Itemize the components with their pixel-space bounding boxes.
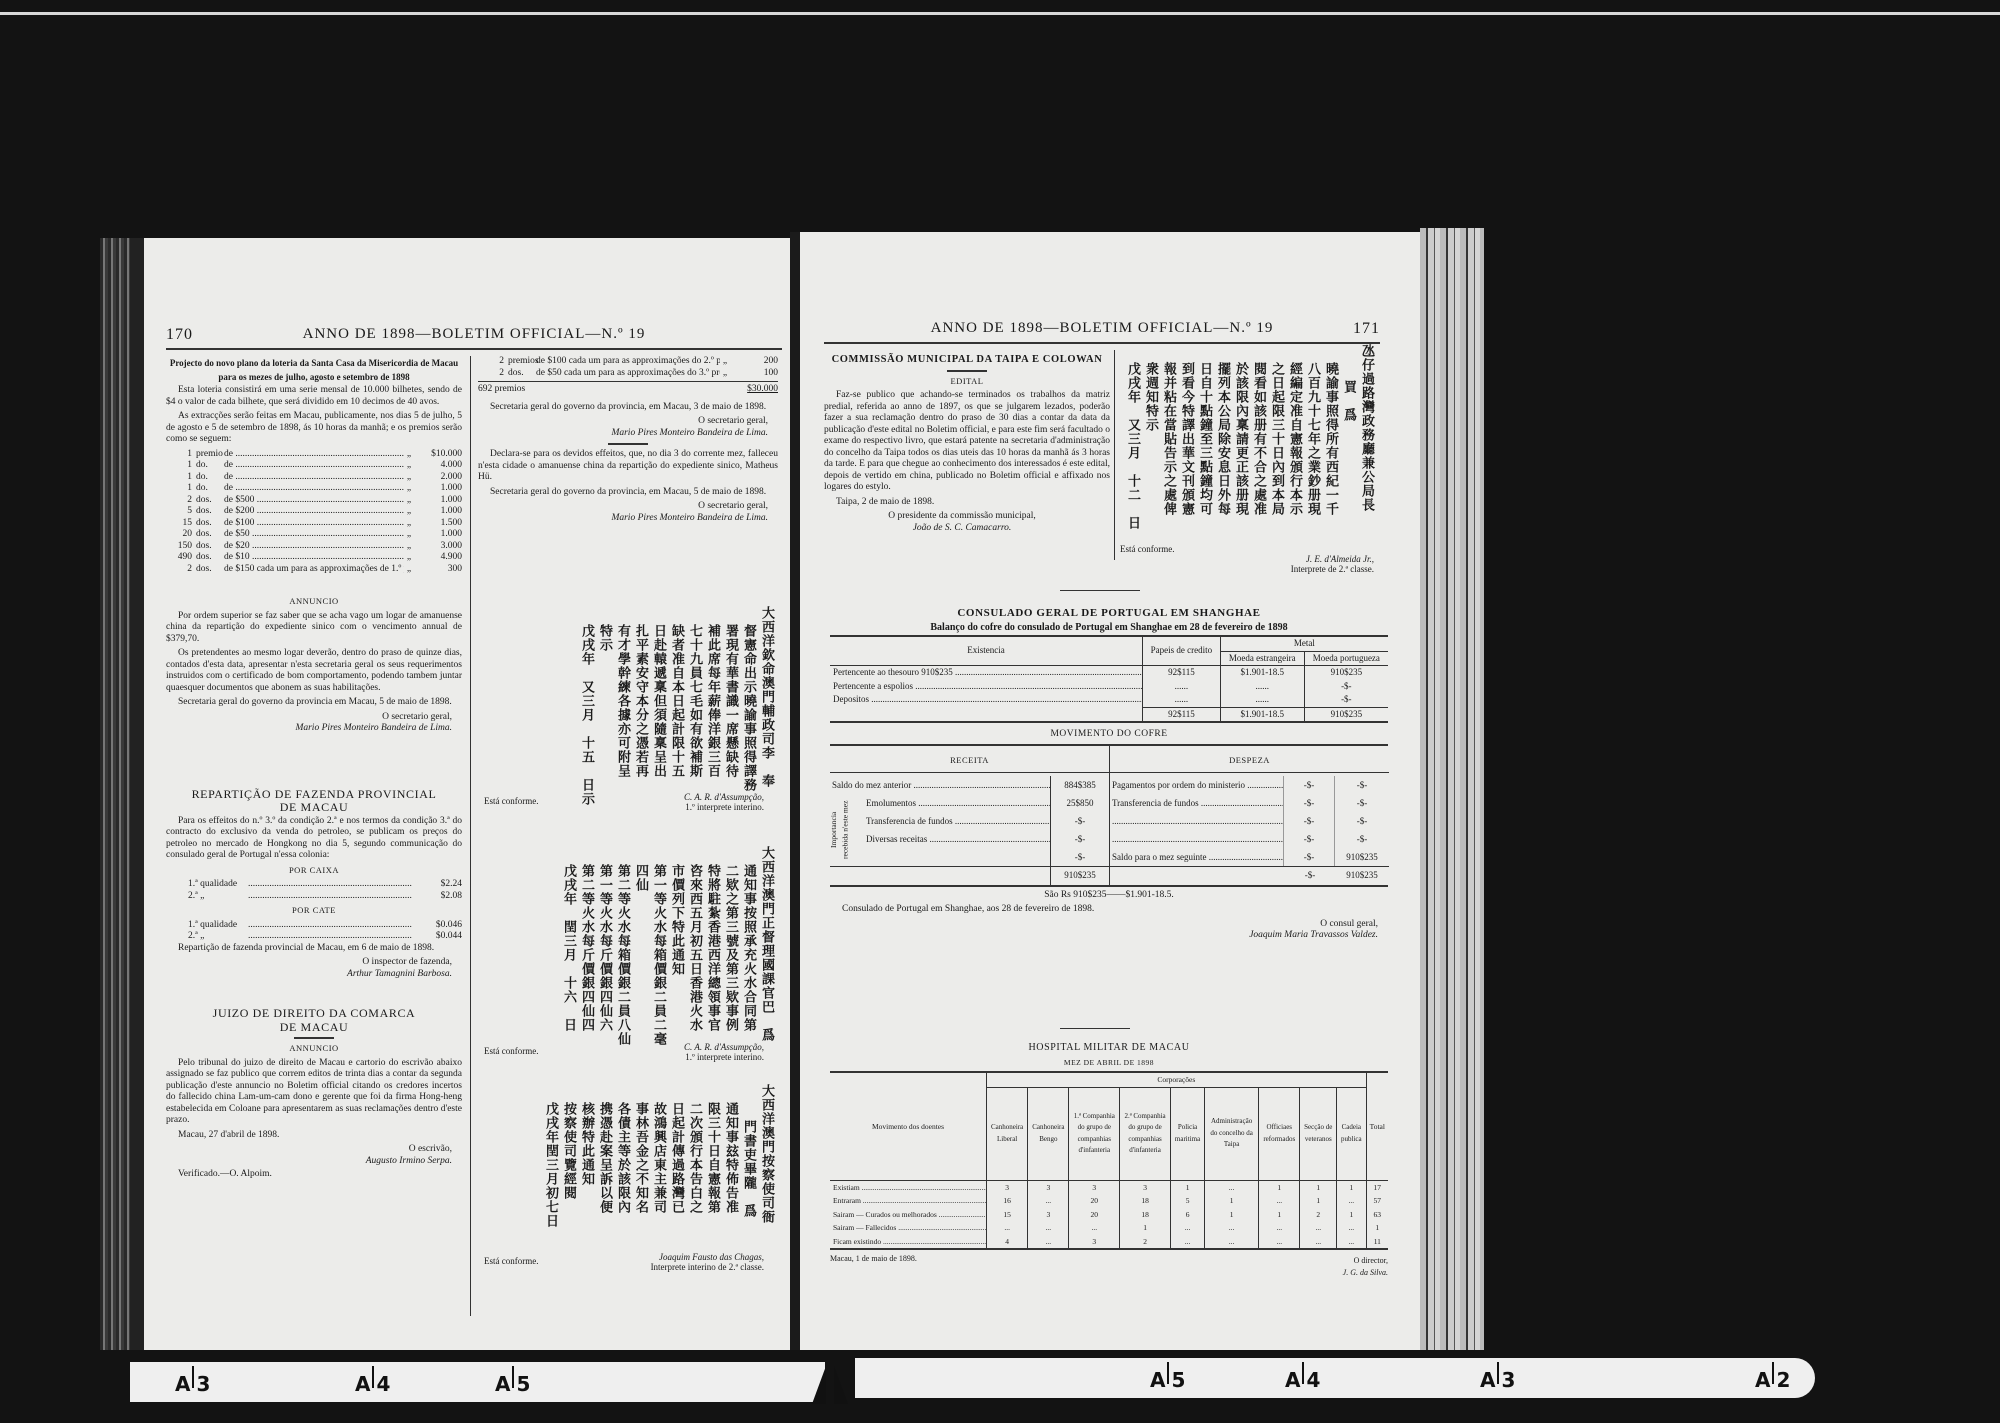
ditto-mark: „: [404, 495, 414, 507]
despeza-value-1: -$-: [1283, 794, 1334, 812]
hospital-row-label: Entraram: [830, 1194, 987, 1208]
receita-section: RECEITA Saldo do mez anterior884$385Emol…: [830, 746, 1110, 885]
balance-estrangeira: $1.901-18.5: [1220, 666, 1304, 680]
hospital-cell: 1: [1366, 1221, 1388, 1235]
divider: [608, 443, 648, 445]
price-label: 2.ª „: [188, 931, 248, 943]
col-existencia: Existencia: [830, 636, 1142, 666]
chinese-column: 日起計傳過路灣已: [669, 1084, 684, 1228]
despeza-row: Transferencia de fundos-$--$-: [1110, 794, 1389, 812]
signer-name: Augusto Irmino Serpa.: [166, 1156, 452, 1168]
chinese-column: 故鴻興店東主兼司: [651, 1084, 666, 1228]
hospital-cell: ...: [1069, 1221, 1120, 1235]
receita-row: Emolumentos25$850: [830, 794, 1109, 812]
hospital-row-label: Existiam: [830, 1180, 987, 1194]
mark-letter: A: [1480, 1368, 1495, 1392]
signer-role: O consul geral,: [830, 919, 1378, 931]
hospital-cell: ...: [1205, 1221, 1259, 1235]
despeza-value-2: -$-: [1334, 776, 1389, 794]
col-corporacao: Cadeia publica: [1337, 1087, 1367, 1180]
despeza-label: [1110, 812, 1283, 830]
price-label: 1.ª qualidade: [188, 879, 248, 891]
mark-bar: [1167, 1362, 1169, 1384]
despeza-value-1: -$-: [1283, 830, 1334, 848]
prize-unit: premios: [508, 356, 536, 368]
hospital-cell: ...: [1170, 1235, 1204, 1250]
prize-desc: de: [224, 449, 404, 461]
cate-prices: 1.ª qualidade$0.0462.ª „$0.044: [166, 920, 462, 943]
scanner-mark: A2: [1755, 1368, 1790, 1392]
despeza-label: Transferencia de fundos: [1110, 794, 1283, 812]
hospital-subheading: MEZ DE ABRIL DE 1898: [830, 1057, 1388, 1069]
chinese-date: 戊戌年閏三月初七日: [543, 1084, 558, 1228]
chinese-petroleum-notice: 大西洋澳門正督理國課官巴 爲通知事按照承充火水合同第二欵之第三號及第三欵事例特將…: [484, 846, 774, 1066]
fold-marker-right: [834, 1366, 848, 1404]
chinese-column: 經編定准自憲報頒行本示: [1287, 344, 1302, 530]
chinese-column: 氹仔過路灣政務廳兼公局長: [1359, 344, 1374, 530]
annuncio-vacancy: ANNUNCIO Por ordem superior se faz saber…: [166, 596, 462, 735]
translator-role: 1.º interprete interino.: [684, 1052, 764, 1062]
hospital-heading: HOSPITAL MILITAR DE MACAU: [830, 1042, 1388, 1054]
chinese-column: 門書吏畢隴 爲: [741, 1084, 756, 1228]
fazenda-heading-2: DE MACAU: [166, 802, 462, 814]
mark-letter: A: [1755, 1368, 1770, 1392]
despeza-total-2: 910$235: [1335, 867, 1389, 885]
balance-portugueza: -$-: [1304, 680, 1388, 694]
receita-label: Transferencia de fundos: [830, 812, 1050, 830]
receita-value: -$-: [1050, 812, 1109, 830]
prize-row: 490dos.de $10„4.900: [166, 552, 462, 564]
conformity-note: Está conforme.: [1120, 544, 1174, 554]
mark-letter: A: [1150, 1368, 1165, 1392]
receita-row: Transferencia de fundos-$-: [830, 812, 1109, 830]
chinese-column: 有才學幹練各據亦可附呈: [615, 606, 630, 806]
hospital-row: Existiam33331...11117: [830, 1180, 1388, 1194]
prize-qty: 20: [166, 529, 196, 541]
chinese-column: 第二等火水每箱價銀二員八仙: [615, 846, 630, 1046]
translator-name: C. A. R. d'Assumpção,: [684, 792, 764, 802]
col-corporacao: 1.ª Companhia do grupo de companhias d'i…: [1069, 1087, 1120, 1180]
col-corporacoes: Corporações: [987, 1072, 1367, 1087]
scan-border-line: [0, 12, 2000, 15]
hospital-cell: ...: [1170, 1221, 1204, 1235]
mark-bar: [1772, 1362, 1774, 1384]
chinese-column: 到看今特譯出華文刊頒憲: [1179, 344, 1194, 530]
despeza-value-1: -$-: [1283, 776, 1334, 794]
page-171: ANNO DE 1898—BOLETIM OFFICIAL—N.º 19 171…: [800, 232, 1420, 1350]
prize-value: 2.000: [414, 472, 462, 484]
prize-desc: de $500: [224, 495, 404, 507]
ditto-mark: „: [404, 460, 414, 472]
prize-desc: de $150 cada um para as approximações de…: [224, 564, 404, 576]
consulate-summary: São Rs 910$235——$1.901-18.5.: [830, 890, 1388, 902]
mark-number: 2: [1776, 1368, 1790, 1392]
hospital-row: Sairam — Curados ou melhorados1532018611…: [830, 1208, 1388, 1222]
receita-label: Emolumentos: [830, 794, 1050, 812]
page-170: 170 ANNO DE 1898—BOLETIM OFFICIAL—N.º 19…: [130, 238, 804, 1350]
chinese-court-notice: 大西洋澳門按察使司衙門書吏畢隴 爲通知事玆特佈告准限三十日自憲報第二次頒行本告白…: [484, 1084, 774, 1284]
hospital-cell: ...: [1337, 1221, 1367, 1235]
hospital-cell: 57: [1366, 1194, 1388, 1208]
prize-row: 150dos.de $20„3.000: [166, 541, 462, 553]
col-estrangeira: Moeda estrangeira: [1220, 651, 1304, 666]
despeza-row: Saldo para o mez seguinte-$-910$235: [1110, 848, 1389, 866]
hospital-cell: 17: [1366, 1180, 1388, 1194]
col-papeis: Papeis de credito: [1142, 636, 1220, 666]
balance-portugueza: -$-: [1304, 693, 1388, 707]
translator-role: Interprete de 2.ª classe.: [1291, 564, 1374, 574]
chinese-column: 缺者准自本日起計限十五: [669, 606, 684, 806]
hospital-cell: ...: [987, 1221, 1028, 1235]
chinese-column: 通知事玆特佈告准: [723, 1084, 738, 1228]
price-leader: [248, 879, 412, 891]
prize-unit: dos.: [196, 564, 224, 576]
balance-papeis: 92$115: [1142, 666, 1220, 680]
ditto-mark: „: [404, 483, 414, 495]
scanner-mark: A3: [175, 1372, 210, 1396]
prize-value: 3.000: [414, 541, 462, 553]
scanner-strip-left: [130, 1362, 825, 1402]
chinese-column: 扎平素安守本分之憑若再: [633, 606, 648, 806]
juizo-heading-2: DE MACAU: [166, 1022, 462, 1034]
balance-estrangeira: ......: [1220, 693, 1304, 707]
divider: [1060, 590, 1140, 591]
chinese-column: 日赴轅遞稟但須隨稟呈出: [651, 606, 666, 806]
left-page-edge: [100, 238, 130, 1350]
col-metal: Metal: [1220, 636, 1388, 651]
chinese-column: 之日起限三十日內到本局: [1269, 344, 1284, 530]
chinese-column: 二欵之第三號及第三欵事例: [723, 846, 738, 1046]
prize-qty: 1: [166, 449, 196, 461]
chinese-date: 戊戌年 閏三月 十六 日: [561, 846, 576, 1046]
receita-value: -$-: [1050, 830, 1109, 848]
hospital-cell: 1: [1300, 1180, 1337, 1194]
taipa-edital: COMMISSÃO MUNICIPAL DA TAIPA E COLOWAN E…: [824, 350, 1110, 536]
hospital-cell: 1: [1205, 1194, 1259, 1208]
annuncio-paragraph: Por ordem superior se faz saber que se a…: [166, 611, 462, 646]
prize-unit: dos.: [196, 541, 224, 553]
hospital-row-label: Sairam — Fallecidos: [830, 1221, 987, 1235]
hospital-cell: 11: [1366, 1235, 1388, 1250]
mark-letter: A: [355, 1372, 370, 1396]
receita-row: Saldo do mez anterior884$385: [830, 776, 1109, 794]
hospital-cell: 20: [1069, 1208, 1120, 1222]
despeza-value-2: 910$235: [1334, 848, 1389, 866]
hospital-cell: 6: [1170, 1208, 1204, 1222]
mark-letter: A: [175, 1372, 190, 1396]
chinese-column: 限三十日自憲報第: [705, 1084, 720, 1228]
prize-desc: de $200: [224, 506, 404, 518]
price-row: 1.ª qualidade$0.046: [166, 920, 462, 932]
signer-role: O inspector de fazenda,: [166, 957, 452, 969]
prize-qty: 490: [166, 552, 196, 564]
receita-value: 884$385: [1050, 776, 1109, 794]
scanner-mark: A5: [1150, 1368, 1185, 1392]
prize-desc: de: [224, 472, 404, 484]
despeza-label: Pagamentos por ordem do ministerio: [1110, 776, 1283, 794]
prize-total-label: 692 premios: [478, 384, 525, 396]
edital-date: Taipa, 2 de maio de 1898.: [824, 497, 1110, 509]
col-portugueza: Moeda portugueza: [1304, 651, 1388, 666]
scanner-mark: A4: [1285, 1368, 1320, 1392]
prize-value: 100: [730, 368, 778, 380]
prize-row: 1premiode„$10.000: [166, 449, 462, 461]
book-gutter: [790, 232, 800, 1350]
hospital-cell: 3: [1028, 1180, 1069, 1194]
receita-label: [830, 848, 1050, 866]
hospital-cell: 20: [1069, 1194, 1120, 1208]
hospital-cell: 18: [1120, 1194, 1171, 1208]
despeza-row: Pagamentos por ordem do ministerio-$--$-: [1110, 776, 1389, 794]
prize-value: 1.500: [414, 518, 462, 530]
scanner-mark: A3: [1480, 1368, 1515, 1392]
chinese-column: 咨來西五月初五日香港火水: [687, 846, 702, 1046]
chinese-column: 大西洋澳門按察使司衙: [759, 1084, 774, 1228]
consulate-balance: CONSULADO GERAL DE PORTUGAL EM SHANGHAE …: [830, 604, 1388, 944]
hospital-cell: 3: [1028, 1208, 1069, 1222]
hospital-cell: 18: [1120, 1208, 1171, 1222]
chinese-column: 曉諭事照得所有西紀一千: [1323, 344, 1338, 530]
prize-row: 20dos.de $50„1.000: [166, 529, 462, 541]
prize-unit: dos.: [196, 495, 224, 507]
balance-portugueza: 910$235: [1304, 666, 1388, 680]
chinese-column: 擺列本公局除安息日外每: [1215, 344, 1230, 530]
hospital-cell: ...: [1259, 1194, 1300, 1208]
col-corporacao: Officiaes reformados: [1259, 1087, 1300, 1180]
hospital-cell: 3: [1120, 1180, 1171, 1194]
hospital-cell: 1: [1170, 1180, 1204, 1194]
prize-value: 1.000: [414, 529, 462, 541]
hospital-cell: ...: [1028, 1194, 1069, 1208]
mark-letter: A: [495, 1372, 510, 1396]
ditto-mark: „: [404, 472, 414, 484]
consulate-subheading: Balanço do cofre do consulado de Portuga…: [830, 622, 1388, 634]
prize-row: 2premiosde $100 cada um para as approxim…: [478, 356, 778, 368]
prize-value: 4.000: [414, 460, 462, 472]
hospital-cell: 1: [1120, 1221, 1171, 1235]
hospital-row: Entraram16...201851...1...57: [830, 1194, 1388, 1208]
fazenda-heading: REPARTIÇÃO DE FAZENDA PROVINCIAL: [166, 789, 462, 801]
mark-number: 3: [1501, 1368, 1515, 1392]
prize-qty: 2: [478, 368, 508, 380]
mark-bar: [372, 1366, 374, 1388]
price-value: $0.044: [412, 931, 462, 943]
page-number: 171: [1353, 320, 1380, 338]
receita-value: -$-: [1050, 848, 1109, 866]
translator-role: 1.º interprete interino.: [684, 802, 764, 812]
prize-unit: do.: [196, 483, 224, 495]
signer-name: Joaquim Maria Travassos Valdez.: [830, 930, 1378, 942]
chinese-column: 於該限內稟請更正該册現: [1233, 344, 1248, 530]
prize-desc: de $10: [224, 552, 404, 564]
prize-unit: dos.: [196, 552, 224, 564]
price-value: $2.24: [412, 879, 462, 891]
divider: [1060, 1028, 1130, 1029]
section-por-caixa: POR CAIXA: [166, 865, 462, 877]
chinese-column: 大西洋澳門正督理國課官巴 爲: [759, 846, 774, 1046]
despeza-value-1: -$-: [1283, 812, 1334, 830]
chinese-column: 四仙: [633, 846, 648, 1046]
col-corporacao: Canhoneira Liberal: [987, 1087, 1028, 1180]
hospital-cell: 63: [1366, 1208, 1388, 1222]
mark-bar: [1302, 1362, 1304, 1384]
mark-number: 5: [516, 1372, 530, 1396]
prize-row: 1do.de„1.000: [166, 483, 462, 495]
despeza-value-2: -$-: [1334, 812, 1389, 830]
signer-role: O director,: [1354, 1256, 1388, 1265]
prize-list-continued: 2premiosde $100 cada um para as approxim…: [478, 356, 778, 379]
signer-name: João de S. C. Camacarro.: [824, 523, 1100, 535]
hospital-table: Movimento dos doentesCorporaçõesTotalCan…: [830, 1071, 1388, 1250]
caixa-prices: 1.ª qualidade$2.242.ª „$2.08: [166, 879, 462, 902]
mark-bar: [1497, 1362, 1499, 1384]
mark-number: 3: [196, 1372, 210, 1396]
prize-value: 1.000: [414, 506, 462, 518]
balance-estrangeira: ......: [1220, 680, 1304, 694]
ditto-mark: „: [720, 356, 730, 368]
despeza-total-1: -$-: [1285, 867, 1335, 885]
hospital-cell: 3: [987, 1180, 1028, 1194]
prize-row: 2dos.de $500„1.000: [166, 495, 462, 507]
hospital-cell: 1: [1300, 1194, 1337, 1208]
prize-qty: 1: [166, 460, 196, 472]
mark-bar: [192, 1366, 194, 1388]
ditto-mark: „: [404, 529, 414, 541]
balance-row: Pertencente ao thesouro 910$23592$115$1.…: [830, 666, 1388, 680]
price-row: 2.ª „$0.044: [166, 931, 462, 943]
hospital-footer: Macau, 1 de maio de 1898.: [830, 1253, 917, 1280]
hospital-cell: 2: [1300, 1208, 1337, 1222]
mark-number: 4: [1306, 1368, 1320, 1392]
receita-row: -$-: [830, 848, 1109, 866]
column-divider: [1114, 350, 1115, 560]
despeza-value-2: -$-: [1334, 794, 1389, 812]
receita-row: Diversas receitas-$-: [830, 830, 1109, 848]
ditto-mark: „: [720, 368, 730, 380]
prize-qty: 1: [166, 472, 196, 484]
receita-total: 910$235: [1050, 867, 1109, 885]
prize-value: $10.000: [414, 449, 462, 461]
signer-name: Mario Pires Monteiro Bandeira de Lima.: [478, 513, 768, 525]
signer-name: J. G. da Silva.: [1343, 1268, 1388, 1277]
hospital-cell: ...: [1300, 1221, 1337, 1235]
chinese-text-columns: 大西洋澳門按察使司衙門書吏畢隴 爲通知事玆特佈告准限三十日自憲報第二次頒行本告白…: [484, 1084, 774, 1228]
lottery-title: Projecto do novo plano da loteria da San…: [166, 358, 462, 370]
annuncio-paragraph: Os pretendentes ao mesmo logar deverão, …: [166, 648, 462, 694]
prize-value: 1.000: [414, 495, 462, 507]
fazenda-paragraph: Para os effeitos do n.º 3.º da condição …: [166, 816, 462, 862]
chinese-column: 第一等火水每箱價銀二員二毫: [651, 846, 666, 1046]
chinese-column: 第一等火水每斤價銀四仙六: [597, 846, 612, 1046]
prize-unit: dos.: [196, 529, 224, 541]
scanner-strip-right: [855, 1358, 1815, 1398]
prize-row: 2dos.de $50 cada um para as approximaçõe…: [478, 368, 778, 380]
column-left-2: 2premiosde $100 cada um para as approxim…: [478, 356, 778, 526]
price-value: $0.046: [412, 920, 462, 932]
chinese-column: 携憑赴案呈訴以便: [597, 1084, 612, 1228]
chinese-column: 督憲命出示曉諭事照得譯務: [741, 606, 756, 806]
hospital-cell: 1: [1205, 1208, 1259, 1222]
col-corporacao: Canhoneira Bengo: [1028, 1087, 1069, 1180]
col-corporacao: Policia maritima: [1170, 1087, 1204, 1180]
hospital-cell: ...: [1205, 1180, 1259, 1194]
signer-name: Mario Pires Monteiro Bandeira de Lima.: [166, 723, 452, 735]
hospital-row: Sairam — Fallecidos.........1...........…: [830, 1221, 1388, 1235]
chinese-column: 衆週知特示: [1143, 344, 1158, 530]
fazenda-notice: REPARTIÇÃO DE FAZENDA PROVINCIAL DE MACA…: [166, 789, 462, 981]
hospital-cell: 1: [1337, 1180, 1367, 1194]
lottery-subtitle: para os mezes de julho, agosto e setembr…: [166, 372, 462, 384]
prize-row: 5dos.de $200„1.000: [166, 506, 462, 518]
balance-row: Pertencente a espolios............-$-: [830, 680, 1388, 694]
running-title: ANNO DE 1898—BOLETIM OFFICIAL—N.º 19: [824, 320, 1380, 337]
lottery-paragraph: As extracções serão feitas em Macau, pub…: [166, 411, 462, 446]
conformity-note: Está conforme.: [484, 1256, 538, 1266]
prize-desc: de $50: [224, 529, 404, 541]
running-head-right: ANNO DE 1898—BOLETIM OFFICIAL—N.º 19 171: [824, 320, 1380, 344]
fold-marker-left: [812, 1366, 826, 1404]
receita-label: Diversas receitas: [830, 830, 1050, 848]
lottery-footer: Secretaria geral do governo da provincia…: [478, 402, 778, 414]
signer-role: O presidente da commissão municipal,: [824, 511, 1100, 523]
col-corporacao: 2.ª Companhia do grupo de companhias d'i…: [1120, 1087, 1171, 1180]
despeza-value-1: -$-: [1283, 848, 1334, 866]
translator-name: J. E. d'Almeida Jr.,: [1291, 554, 1374, 564]
hospital-cell: 1: [1259, 1180, 1300, 1194]
chinese-column: 特將駐紮香港西洋總領事官: [705, 846, 720, 1046]
prize-qty: 1: [166, 483, 196, 495]
balance-label: Depositos: [830, 693, 1142, 707]
chinese-column: 署現有華書識一席懸缺待: [723, 606, 738, 806]
ditto-mark: „: [404, 541, 414, 553]
hospital-cell: ...: [1028, 1221, 1069, 1235]
signer-role: O escrivão,: [166, 1144, 452, 1156]
prize-unit: premio: [196, 449, 224, 461]
hospital-cell: ...: [1337, 1194, 1367, 1208]
chinese-column: 事林吾金之不知名: [633, 1084, 648, 1228]
chinese-text-columns: 大西洋澳門正督理國課官巴 爲通知事按照承充火水合同第二欵之第三號及第三欵事例特將…: [484, 846, 774, 1046]
col-corporacao: Secção de veteranos: [1300, 1087, 1337, 1180]
price-label: 1.ª qualidade: [188, 920, 248, 932]
ditto-mark: „: [404, 518, 414, 530]
conformity-note: Está conforme.: [484, 796, 538, 806]
hospital-row-label: Sairam — Curados ou melhorados: [830, 1208, 987, 1222]
prize-desc: de: [224, 483, 404, 495]
hospital-cell: ...: [1337, 1235, 1367, 1250]
col-corporacao: Administração do concelho da Taipa: [1205, 1087, 1259, 1180]
prize-desc: de $20: [224, 541, 404, 553]
hospital-report: HOSPITAL MILITAR DE MACAU MEZ DE ABRIL D…: [830, 1038, 1388, 1280]
prize-unit: dos.: [196, 518, 224, 530]
running-title: ANNO DE 1898—BOLETIM OFFICIAL—N.º 19: [166, 326, 782, 343]
scanner-mark: A4: [355, 1372, 390, 1396]
balance-label: Pertencente ao thesouro 910$235: [830, 666, 1142, 680]
chinese-column: 報并粘在當貼告示之處俾: [1161, 344, 1176, 530]
consulate-footer: Consulado de Portugal em Shanghae, aos 2…: [830, 904, 1388, 916]
balance-label: Pertencente a espolios: [830, 680, 1142, 694]
prize-desc: de: [224, 460, 404, 472]
chinese-column: 二次頒行本告白之: [687, 1084, 702, 1228]
prize-qty: 2: [166, 495, 196, 507]
prize-value: 4.900: [414, 552, 462, 564]
verified-line: Verificado.—O. Alpoim.: [166, 1169, 462, 1181]
chinese-date: 戊戌年 又三月 十二 日: [1125, 344, 1140, 530]
prize-row: 15dos.de $100„1.500: [166, 518, 462, 530]
chinese-column: 大西洋欽命澳門輔政司李 奉: [759, 606, 774, 806]
receita-heading: RECEITA: [830, 749, 1109, 774]
chinese-column: 各債主等於該限內: [615, 1084, 630, 1228]
juizo-heading: JUIZO DE DIREITO DA COMARCA: [166, 1008, 462, 1020]
